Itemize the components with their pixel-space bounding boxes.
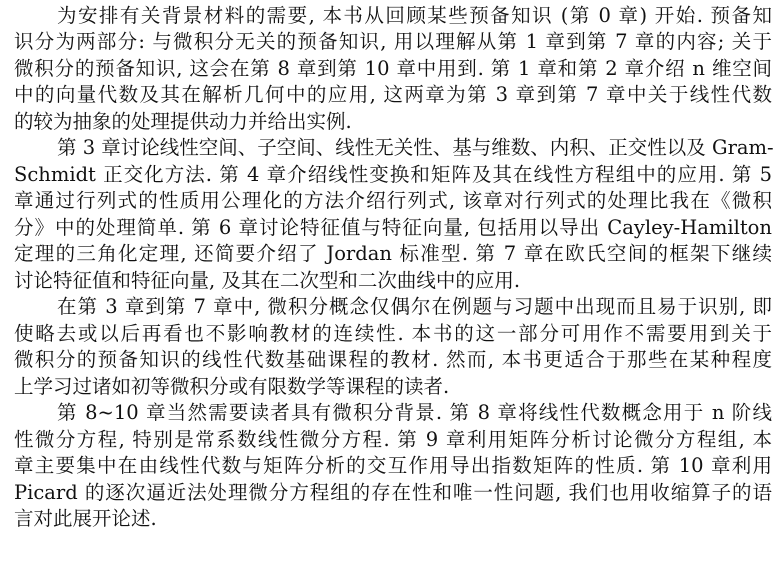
- text-line: 性微分方程, 特别是常系数线性微分方程. 第 9 章利用矩阵分析讨论微分方程组,…: [14, 427, 772, 453]
- text-line: 第 8~10 章当然需要读者具有微积分背景. 第 8 章将线性代数概念用于 n …: [57, 400, 772, 426]
- text-line: 言对此展开论述.: [14, 506, 772, 532]
- text-line: 微积分的预备知识, 这会在第 8 章到第 10 章中用到. 第 1 章和第 2 …: [14, 56, 772, 82]
- text-line: 的较为抽象的处理提供动力并给出实例.: [14, 109, 772, 135]
- text-line: 章通过行列式的性质用公理化的方法介绍行列式, 该章对行列式的处理比我在《微积: [14, 188, 772, 214]
- document-page: 为安排有关背景材料的需要, 本书从回顾某些预备知识 (第 0 章) 开始. 预备…: [0, 0, 783, 570]
- text-line: 第 3 章讨论线性空间、子空间、线性无关性、基与维数、内积、正交性以及 Gram…: [57, 135, 772, 161]
- text-line: 分》中的处理简单. 第 6 章讨论特征值与特征向量, 包括用以导出 Cayley…: [14, 215, 772, 241]
- text-line: Picard 的逐次逼近法处理微分方程组的存在性和唯一性问题, 我们也用收缩算子…: [14, 480, 772, 506]
- text-line: 定理的三角化定理, 还简要介绍了 Jordan 标准型. 第 7 章在欧氏空间的…: [14, 241, 772, 267]
- text-line: 识分为两部分: 与微积分无关的预备知识, 用以理解从第 1 章到第 7 章的内容…: [14, 29, 772, 55]
- text-line: 上学习过诸如初等微积分或有限数学等课程的读者.: [14, 374, 772, 400]
- text-line: 微积分的预备知识的线性代数基础课程的教材. 然而, 本书更适合于那些在某种程度: [14, 347, 772, 373]
- text-line: 在第 3 章到第 7 章中, 微积分概念仅偶尔在例题与习题中出现而且易于识别, …: [57, 294, 772, 320]
- text-line: 使略去或以后再看也不影响教材的连续性. 本书的这一部分可用作不需要用到关于: [14, 321, 772, 347]
- text-line: 中的向量代数及其在解析几何中的应用, 这两章为第 3 章到第 7 章中关于线性代…: [14, 82, 772, 108]
- text-line: 为安排有关背景材料的需要, 本书从回顾某些预备知识 (第 0 章) 开始. 预备…: [57, 3, 772, 29]
- text-line: 讨论特征值和特征向量, 及其在二次型和二次曲线中的应用.: [14, 268, 772, 294]
- text-line: 章主要集中在由线性代数与矩阵分析的交互作用导出指数矩阵的性质. 第 10 章利用: [14, 453, 772, 479]
- text-line: Schmidt 正交化方法. 第 4 章介绍线性变换和矩阵及其在线性方程组中的应…: [14, 162, 772, 188]
